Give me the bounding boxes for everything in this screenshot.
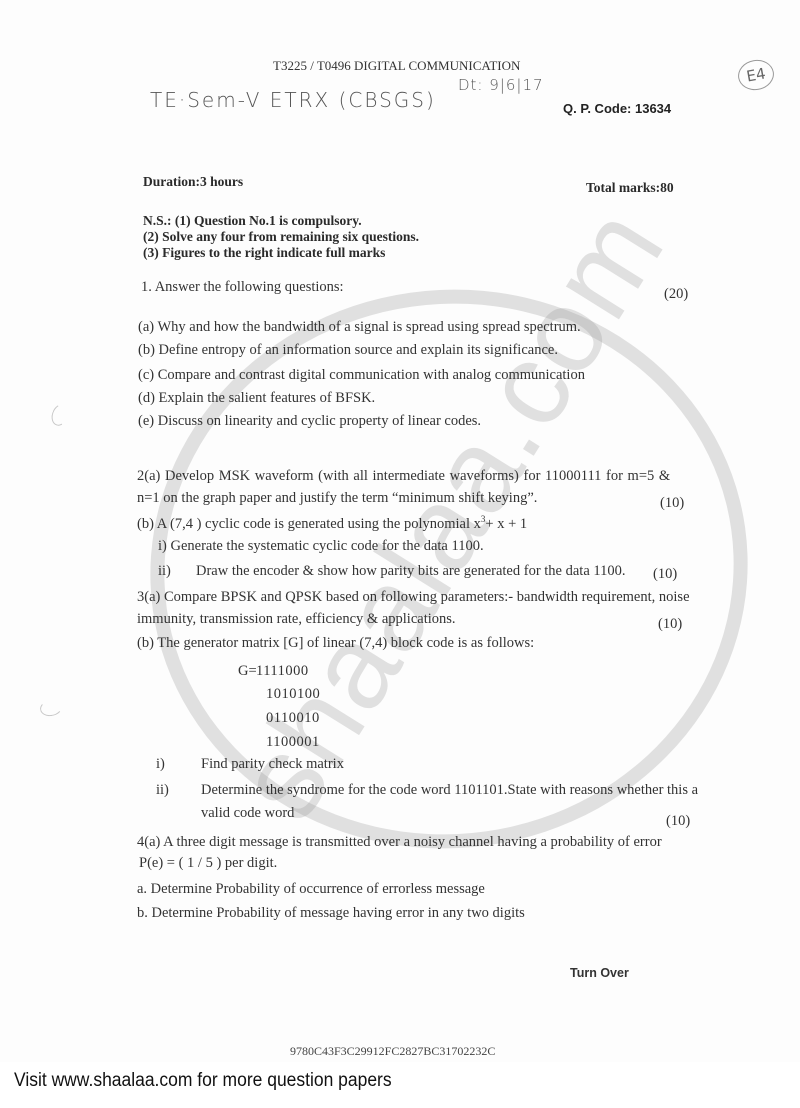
q3a-line2: immunity, transmission rate, efficiency … bbox=[137, 611, 456, 628]
qp-code: Q. P. Code: 13634 bbox=[563, 101, 671, 116]
q3a-line1: 3(a) Compare BPSK and QPSK based on foll… bbox=[137, 589, 690, 606]
matrix-row-1: 1111000 bbox=[256, 663, 309, 680]
matrix-row-2: 1010100 bbox=[266, 686, 320, 703]
turn-over: Turn Over bbox=[570, 966, 629, 980]
hash-code: 9780C43F3C29912FC2827BC31702232C bbox=[290, 1044, 495, 1059]
q3b-line: (b) The generator matrix [G] of linear (… bbox=[137, 635, 534, 652]
matrix-row-4: 1100001 bbox=[266, 734, 320, 751]
handwritten-date: Dt: 9|6|17 bbox=[458, 76, 544, 94]
instruction-1: N.S.: (1) Question No.1 is compulsory. bbox=[143, 213, 362, 229]
matrix-row-3: 0110010 bbox=[266, 710, 320, 727]
q2b-marks: (10) bbox=[653, 566, 677, 583]
q2b-ii-num: ii) bbox=[158, 563, 171, 580]
q1-marks: (20) bbox=[664, 286, 688, 303]
q1-item-d: (d) Explain the salient features of BFSK… bbox=[138, 390, 375, 407]
q2b-tail: + x + 1 bbox=[485, 516, 527, 532]
q4-sub-a: a. Determine Probability of occurrence o… bbox=[137, 881, 485, 898]
matrix-label: G= bbox=[238, 663, 257, 680]
q2b-i: i) Generate the systematic cyclic code f… bbox=[158, 538, 484, 555]
q1-item-e: (e) Discuss on linearity and cyclic prop… bbox=[138, 413, 481, 430]
q1-item-a: (a) Why and how the bandwidth of a signa… bbox=[138, 319, 581, 336]
handwritten-class: TE·Sem-V ETRX (CBSGS) bbox=[150, 88, 436, 112]
total-marks: Total marks:80 bbox=[586, 180, 674, 196]
q1-item-b: (b) Define entropy of an information sou… bbox=[138, 342, 558, 359]
q3b-ii-line1: Determine the syndrome for the code word… bbox=[201, 782, 698, 799]
duration: Duration:3 hours bbox=[143, 174, 243, 190]
q4-sub-b: b. Determine Probability of message havi… bbox=[137, 905, 525, 922]
q3b-marks: (10) bbox=[666, 813, 690, 830]
scan-mark bbox=[39, 698, 63, 718]
q3b-i: Find parity check matrix bbox=[201, 756, 344, 773]
q2b-line: (b) A (7,4 ) cyclic code is generated us… bbox=[137, 514, 527, 533]
q2a-marks: (10) bbox=[660, 495, 684, 512]
q4a-line2: P(e) = ( 1 / 5 ) per digit. bbox=[139, 855, 277, 872]
footer-banner-link[interactable]: Visit www.shaalaa.com for more question … bbox=[14, 1070, 392, 1092]
q2b-ii: Draw the encoder & show how parity bits … bbox=[196, 563, 625, 580]
q4a-line1: 4(a) A three digit message is transmitte… bbox=[137, 834, 662, 851]
q3a-marks: (10) bbox=[658, 616, 682, 633]
instruction-2: (2) Solve any four from remaining six qu… bbox=[143, 229, 419, 245]
q1-item-c: (c) Compare and contrast digital communi… bbox=[138, 367, 585, 384]
q1-title: 1. Answer the following questions: bbox=[141, 279, 344, 296]
q2a-line1: 2(a) Develop MSK waveform (with all inte… bbox=[137, 468, 670, 485]
q3b-ii-num: ii) bbox=[156, 782, 169, 799]
subject-line: T3225 / T0496 DIGITAL COMMUNICATION bbox=[273, 58, 520, 74]
q2a-line2: n=1 on the graph paper and justify the t… bbox=[137, 490, 537, 507]
circled-page-mark: E4 bbox=[736, 57, 777, 93]
q2b-text: (b) A (7,4 ) cyclic code is generated us… bbox=[137, 516, 481, 532]
q3b-ii-line2: valid code word bbox=[201, 805, 294, 822]
q3b-i-num: i) bbox=[156, 756, 165, 773]
scan-mark bbox=[49, 402, 72, 428]
question-paper-page: shaalaa.com T3225 / T0496 DIGITAL COMMUN… bbox=[0, 0, 800, 1108]
instruction-3: (3) Figures to the right indicate full m… bbox=[143, 245, 385, 261]
